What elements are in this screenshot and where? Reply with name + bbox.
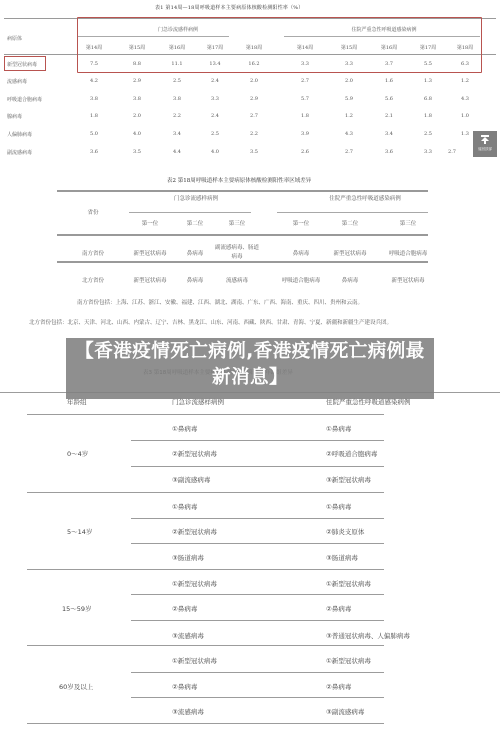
table1-cell: 2.5 <box>173 78 181 84</box>
table2-group-rule-left <box>129 212 251 213</box>
table1-cell: 2.9 <box>133 78 141 84</box>
table3-cell: ③副流感病毒 <box>172 475 210 484</box>
table2-cell: 新型冠状病毒 <box>333 250 366 259</box>
table1-cell: 3.6 <box>90 149 98 155</box>
arrow-up-to-top-icon <box>480 135 490 144</box>
table1-cell: 3.6 <box>385 149 393 155</box>
table2-header-rule <box>57 234 428 236</box>
table1-cell: 5.6 <box>385 96 393 102</box>
table1-cell: 1.8 <box>424 113 432 119</box>
table3-cell: ③流感病毒 <box>172 631 204 640</box>
table1-row-label: 副流感病毒 <box>7 149 32 156</box>
table1-cell: 2.0 <box>345 78 353 84</box>
table2-cell: 鼻病毒 <box>187 277 204 286</box>
table2-rank-header: 第一位 <box>142 220 159 229</box>
table3-group-rule <box>27 645 384 646</box>
table2-caption: 表2 第18周呼吸道样本主要病原体核酸检测阳性率区域差异 <box>167 176 311 184</box>
table1: 病原体 门急诊流感样病例 住院严重急性呼吸道感染病例 第14周 第15周 第16… <box>0 17 500 167</box>
table1-cell: 1.0 <box>461 113 469 119</box>
table2-cell: 鼻病毒 <box>293 250 310 259</box>
table1-cell: 2.7 <box>345 149 353 155</box>
table1-cell: 2.2 <box>250 131 258 137</box>
table3-cell: ②肺炎支原体 <box>326 527 364 536</box>
table3-age-label: 5～14岁 <box>67 527 92 536</box>
table3-row-rule <box>131 697 384 698</box>
table1-cell: 3.9 <box>301 131 309 137</box>
table3-cell: ①鼻病毒 <box>326 424 351 433</box>
back-to-top-label: 返回顶部 <box>478 147 492 152</box>
table1-cell: 3.8 <box>90 96 98 102</box>
table1-cell: 2.7 <box>250 113 258 119</box>
article-title: 【香港疫情死亡病例,香港疫情死亡病例最新消息】 <box>66 339 434 391</box>
table1-cell: 1.2 <box>461 78 469 84</box>
table3-cell: ③流感病毒 <box>172 707 204 716</box>
table1-cell: 2.1 <box>385 113 393 119</box>
table2-group-inpatient: 住院严重急性呼吸道感染病例 <box>329 195 401 204</box>
table2-region-label: 南方省份 <box>82 250 104 259</box>
table3-cell: ③肠道病毒 <box>326 553 358 562</box>
table3-age-label: 15～59岁 <box>62 604 92 613</box>
table1-cell: 2.4 <box>211 78 219 84</box>
table1-cell: 3.3 <box>424 149 432 155</box>
table2-rank-header: 第三位 <box>229 220 246 229</box>
table1-cell: 5.9 <box>345 96 353 102</box>
table3-bottom-rule <box>27 723 384 724</box>
table1-cell: 2.2 <box>173 113 181 119</box>
table1-cell: 2.4 <box>211 113 219 119</box>
table1-cell: 2.5 <box>424 131 432 137</box>
table1-cell: 2.0 <box>250 78 258 84</box>
table3-row-rule <box>131 672 384 673</box>
table2-cell: 流感病毒 <box>226 277 248 286</box>
table3-age-label: 60岁及以上 <box>59 682 93 691</box>
table3-row-rule <box>131 440 384 441</box>
table3-header-rule <box>27 414 384 415</box>
table1-cell: 1.3 <box>424 78 432 84</box>
table3-cell: ②鼻病毒 <box>326 604 351 613</box>
table3-cell: ③副流感病毒 <box>326 707 364 716</box>
table3-group-rule <box>27 492 384 493</box>
table1-cell: 2.5 <box>211 131 219 137</box>
table3-cell: ③肠道病毒 <box>172 553 204 562</box>
table3-row-rule <box>131 543 384 544</box>
table2-cell: 副流感病毒、肠道病毒 <box>215 244 259 262</box>
table1-row-label: 腺病毒 <box>7 113 22 120</box>
table3-age-label: 0～4岁 <box>67 449 88 458</box>
table3-row-rule <box>131 594 384 595</box>
table1-cell: 3.4 <box>385 131 393 137</box>
table2-region-label: 北方省份 <box>82 277 104 286</box>
table3-cell: ③普通冠状病毒、人偏肺病毒 <box>326 631 410 640</box>
table1-cell: 1.8 <box>90 113 98 119</box>
table2-cell: 新型冠状病毒 <box>133 277 166 286</box>
table1-cell: 3.4 <box>173 131 181 137</box>
table3-cell: ①新型冠状病毒 <box>172 579 217 588</box>
table1-cell: 1.3 <box>461 131 469 137</box>
table1-cell: 4.3 <box>345 131 353 137</box>
highlight-box-covid-label <box>4 56 46 71</box>
table1-cell: 5.0 <box>90 131 98 137</box>
table2-rank-header: 第二位 <box>187 220 204 229</box>
table1-cell: 3.3 <box>211 96 219 102</box>
back-to-top-button[interactable]: 返回顶部 <box>473 131 497 157</box>
table1-row-label: 呼吸道合胞病毒 <box>7 96 42 103</box>
table1-cell: 3.8 <box>173 96 181 102</box>
table1-row-label: 流感病毒 <box>7 78 27 85</box>
table1-cell: 1.2 <box>345 113 353 119</box>
table3-row-rule <box>131 620 384 621</box>
table3-cell: ①新型冠状病毒 <box>172 656 217 665</box>
table3-cell: ②新型冠状病毒 <box>172 527 217 536</box>
table2-cell: 新型冠状病毒 <box>391 277 424 286</box>
table2-bottom-rule <box>57 261 207 263</box>
table3-row-rule <box>131 518 384 519</box>
table2-cell: 鼻病毒 <box>187 250 204 259</box>
table3-cell: ②鼻病毒 <box>172 604 197 613</box>
table2-row-header: 省份 <box>87 209 98 218</box>
table2-rank-header: 第二位 <box>342 220 359 229</box>
table1-cell: 2.7 <box>448 149 456 155</box>
table1-cell: 4.0 <box>211 149 219 155</box>
table1-row-label: 人偏肺病毒 <box>7 131 32 138</box>
table1-cell: 2.7 <box>301 78 309 84</box>
table3-cell: ①新型冠状病毒 <box>326 579 371 588</box>
table1-cell: 2.0 <box>133 113 141 119</box>
table2-rank-header: 第三位 <box>400 220 417 229</box>
table2-group-outpatient: 门急诊流感样病例 <box>174 195 218 204</box>
table3-cell: ②鼻病毒 <box>172 682 197 691</box>
table1-cell: 4.2 <box>90 78 98 84</box>
table1-row-header: 病原体 <box>7 35 22 42</box>
table1-cell: 1.6 <box>385 78 393 84</box>
table1-cell: 2.9 <box>250 96 258 102</box>
table1-cell: 3.5 <box>250 149 258 155</box>
table1-cell: 3.8 <box>133 96 141 102</box>
table2-cell: 新型冠状病毒 <box>133 250 166 259</box>
table1-caption: 表1 第14周—18周呼吸道样本主要病原体核酸检测阳性率（%） <box>155 4 303 11</box>
table1-cell: 4.3 <box>461 96 469 102</box>
table1-cell: 5.7 <box>301 96 309 102</box>
table3-cell: ①鼻病毒 <box>172 502 197 511</box>
table1-cell: 2.6 <box>301 149 309 155</box>
table1-cell: 6.8 <box>424 96 432 102</box>
table2-note-south: 南方省份包括：上海、江苏、浙江、安徽、福建、江西、湖北、湖南、广东、广西、海南、… <box>77 298 363 306</box>
table3-group-rule <box>27 569 384 570</box>
table3-cell: ①鼻病毒 <box>172 424 197 433</box>
table2-note-north: 北方省份包括：北京、天津、河北、山西、内蒙古、辽宁、吉林、黑龙江、山东、河南、西… <box>29 318 392 326</box>
table3-cell: ②新型冠状病毒 <box>172 449 217 458</box>
table2-top-rule <box>57 190 428 192</box>
table1-cell: 1.8 <box>301 113 309 119</box>
table2-group-rule-right <box>277 212 428 213</box>
table3-cell: ②呼吸道合胞病毒 <box>326 449 377 458</box>
highlight-box-covid-row <box>77 17 482 73</box>
table2-cell: 呼吸道合胞病毒 <box>282 277 321 286</box>
table3-row-rule <box>131 466 384 467</box>
table3-cell: ①新型冠状病毒 <box>326 656 371 665</box>
table3-cell: ②鼻病毒 <box>326 682 351 691</box>
table3-cell: ①鼻病毒 <box>326 502 351 511</box>
table1-cell: 4.0 <box>133 131 141 137</box>
table1-cell: 3.5 <box>133 149 141 155</box>
table2-cell: 鼻病毒 <box>342 277 359 286</box>
table3-cell: ③新型冠状病毒 <box>326 475 371 484</box>
table2-rank-header: 第一位 <box>293 220 310 229</box>
table2-cell: 呼吸道合胞病毒 <box>389 250 428 259</box>
table1-cell: 4.4 <box>173 149 181 155</box>
